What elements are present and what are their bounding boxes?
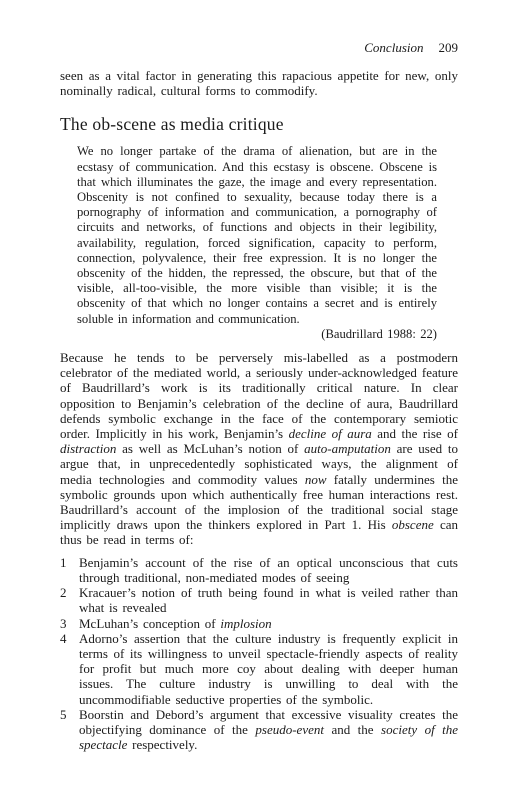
running-header: Conclusion209 [60, 40, 458, 55]
page-number: 209 [439, 40, 459, 55]
quote-text: We no longer partake of the drama of ali… [77, 144, 437, 326]
list-item-text: McLuhan’s conception of implosion [79, 616, 458, 631]
list-item: 3 McLuhan’s conception of implosion [60, 616, 458, 631]
list-item-number: 5 [60, 707, 79, 722]
numbered-list: 1 Benjamin’s account of the rise of an o… [60, 555, 458, 753]
list-item: 1 Benjamin’s account of the rise of an o… [60, 555, 458, 585]
list-item: 4 Adorno’s assertion that the culture in… [60, 631, 458, 707]
list-item: 5 Boorstin and Debord’s argument that ex… [60, 707, 458, 753]
list-item-number: 4 [60, 631, 79, 646]
list-item-number: 2 [60, 585, 79, 600]
list-item-number: 3 [60, 616, 79, 631]
list-item-number: 1 [60, 555, 79, 570]
text-block: Conclusion209 seen as a vital factor in … [60, 40, 458, 752]
main-paragraph: Because he tends to be perversely mis-la… [60, 350, 458, 548]
block-quote: We no longer partake of the drama of ali… [77, 144, 437, 342]
list-item-text: Benjamin’s account of the rise of an opt… [79, 555, 458, 585]
list-item-text: Boorstin and Debord’s argument that exce… [79, 707, 458, 753]
quote-attribution: (Baudrillard 1988: 22) [77, 327, 437, 342]
list-item: 2 Kracauer’s notion of truth being found… [60, 585, 458, 615]
book-page: Conclusion209 seen as a vital factor in … [0, 0, 531, 800]
running-head-title: Conclusion [364, 40, 423, 55]
list-item-text: Adorno’s assertion that the culture indu… [79, 631, 458, 707]
section-heading: The ob-scene as media critique [60, 114, 458, 135]
list-item-text: Kracauer’s notion of truth being found i… [79, 585, 458, 615]
intro-paragraph: seen as a vital factor in generating thi… [60, 68, 458, 98]
